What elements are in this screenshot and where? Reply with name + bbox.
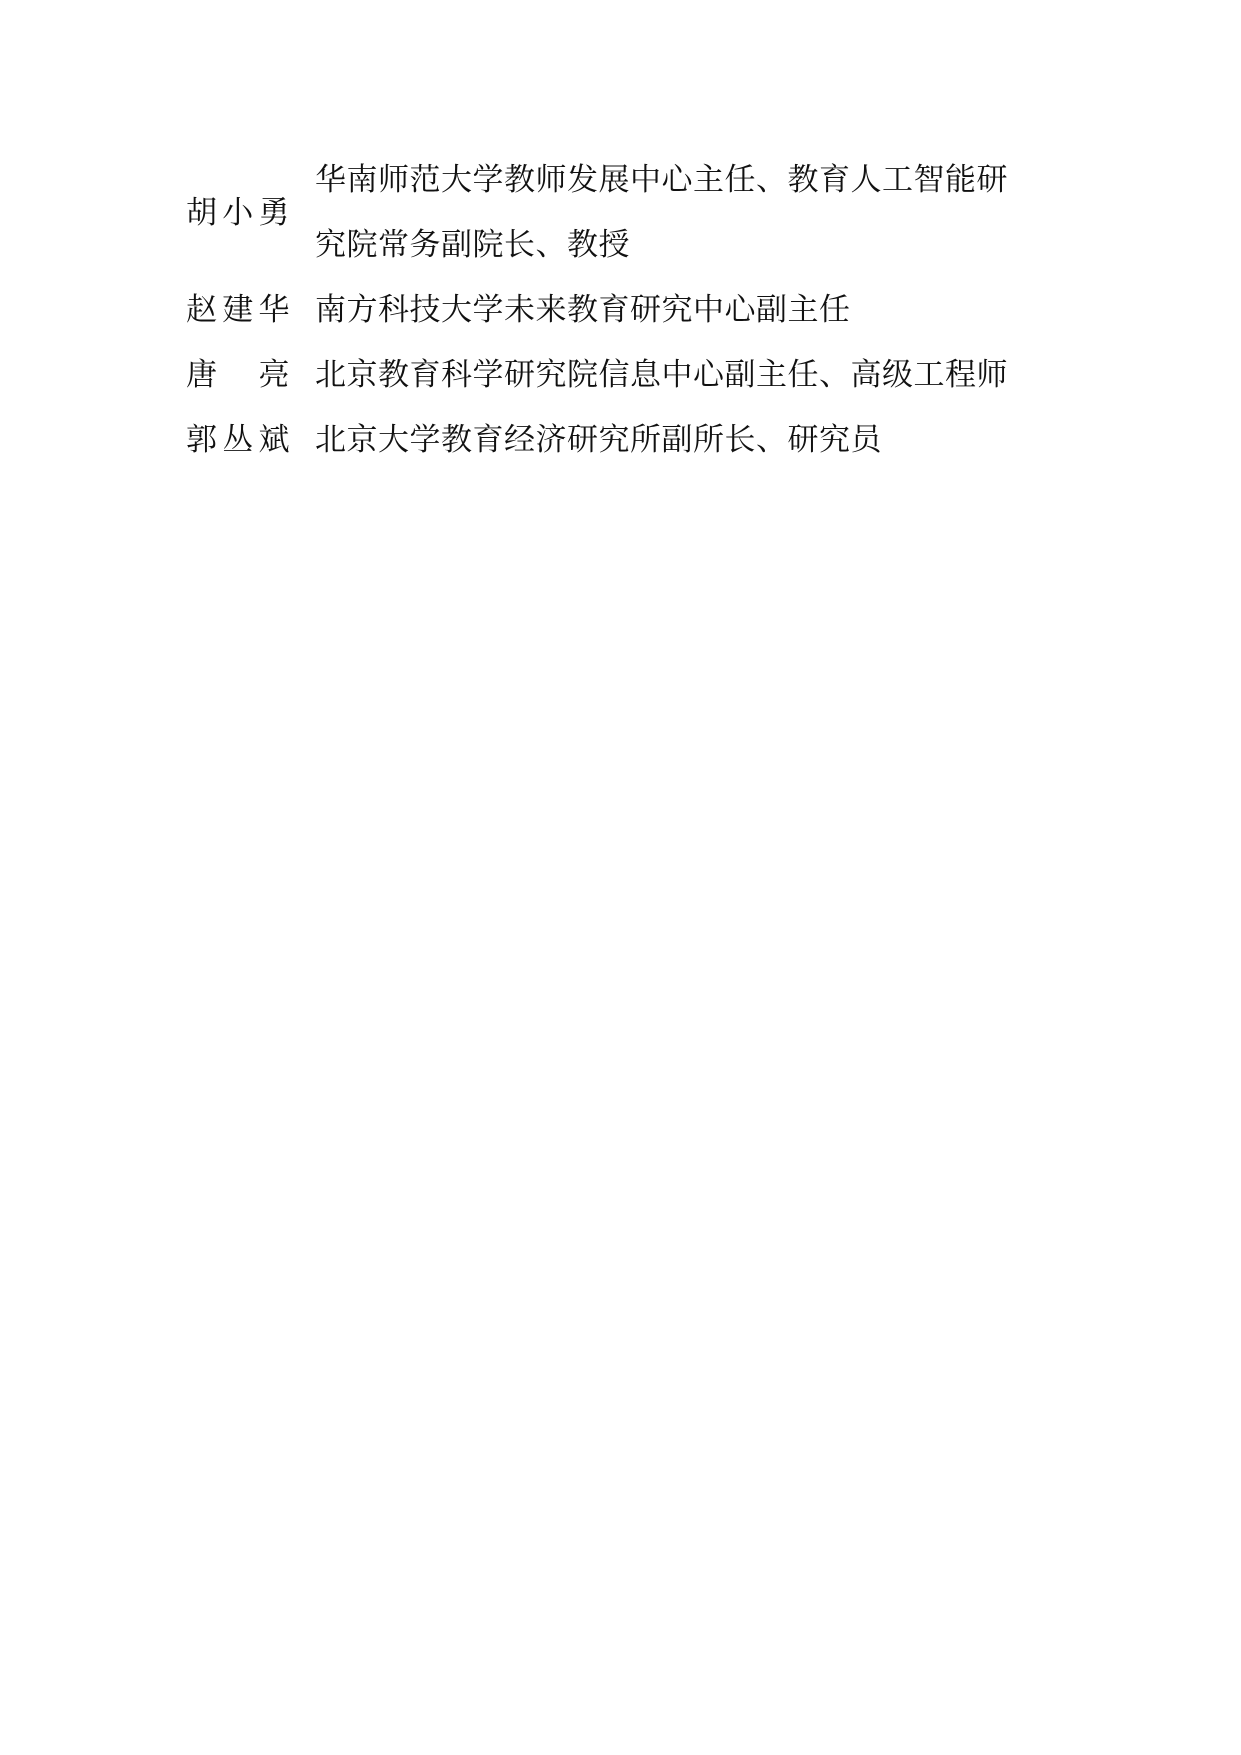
member-roster: 胡小勇 华南师范大学教师发展中心主任、教育人工智能研 究院常务副院长、教授 赵建… [186,148,1066,473]
member-name: 唐 亮 [186,343,315,408]
member-name-text: 胡小勇 [186,181,290,246]
member-name: 赵建华 [186,278,315,343]
member-title: 北京教育科学研究院信息中心副主任、高级工程师 [315,343,1066,408]
member-title: 北京大学教育经济研究所副所长、研究员 [315,408,1066,473]
member-name-text: 赵建华 [186,278,290,343]
member-name: 郭丛斌 [186,408,315,473]
roster-entry: 赵建华 南方科技大学未来教育研究中心副主任 [186,278,1066,343]
member-title-line: 究院常务副院长、教授 [315,213,1066,278]
member-name-text: 唐 亮 [186,343,290,408]
document-page: 胡小勇 华南师范大学教师发展中心主任、教育人工智能研 究院常务副院长、教授 赵建… [0,0,1241,1755]
member-title: 华南师范大学教师发展中心主任、教育人工智能研 究院常务副院长、教授 [315,148,1066,278]
roster-entry: 郭丛斌 北京大学教育经济研究所副所长、研究员 [186,408,1066,473]
member-name-text: 郭丛斌 [186,408,290,473]
member-title-line: 北京大学教育经济研究所副所长、研究员 [315,408,1066,473]
roster-entry: 唐 亮 北京教育科学研究院信息中心副主任、高级工程师 [186,343,1066,408]
member-title-line: 南方科技大学未来教育研究中心副主任 [315,278,1066,343]
member-name: 胡小勇 [186,181,315,246]
member-title-line: 北京教育科学研究院信息中心副主任、高级工程师 [315,343,1066,408]
member-title: 南方科技大学未来教育研究中心副主任 [315,278,1066,343]
roster-entry: 胡小勇 华南师范大学教师发展中心主任、教育人工智能研 究院常务副院长、教授 [186,148,1066,278]
member-title-line: 华南师范大学教师发展中心主任、教育人工智能研 [315,148,1066,213]
